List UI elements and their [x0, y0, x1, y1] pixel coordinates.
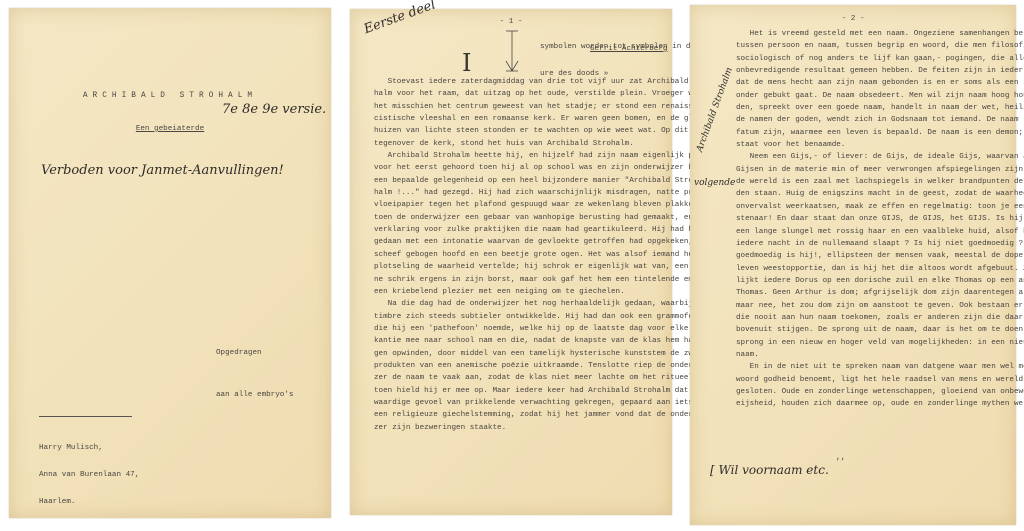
text-line: En in de niet uit te spreken naam van da…: [736, 361, 1016, 373]
text-line: gedaan met een intonatie waarvan de gevl…: [374, 236, 664, 248]
ink-mark: ,,: [836, 453, 846, 462]
handwritten-forbidden-note: Verboden voor Janmet-Aanvullingen!: [41, 163, 284, 178]
text-line: verklaring voor zulke praktijken die naa…: [374, 224, 664, 236]
text-line: sprong in een nieuw en hoger veld van mo…: [736, 337, 1016, 349]
text-line: toen hield hij er mee op. Maar iedere ke…: [374, 385, 664, 397]
text-line: stenaar! En daar staat dan onze GIJS, de…: [736, 213, 1016, 225]
text-line: timbre zich steeds subtieler ontwikkelde…: [374, 311, 664, 323]
page-number: - 2 -: [690, 15, 1016, 23]
text-line: tussen persoon en naam, tussen begrip en…: [736, 40, 1016, 52]
text-line: scheef gebogen hoofd en een beetje grote…: [374, 249, 664, 261]
text-line: eijsheid, houden zich daarmee op, oude e…: [736, 398, 1016, 410]
text-line: woord godheid benoemt, ligt het hele raa…: [736, 374, 1016, 386]
address-line: Anna van Burenlaan 47,: [39, 471, 139, 480]
handwritten-footer-note: [ Wil voornaam etc.: [710, 463, 829, 477]
text-line: huizen van lichte steen stonden er te wa…: [374, 125, 664, 137]
text-line: den, spreekt over een goede naam, handel…: [736, 102, 1016, 114]
text-line: tegenover de kerk, stond het huis van Ar…: [374, 138, 664, 150]
text-line: sociologisch of nog anders te lijf kan g…: [736, 53, 1016, 65]
author-address: Harry Mulisch, Anna van Burenlaan 47, Ha…: [39, 426, 139, 525]
text-line: de namen der goden, wendt zich in Godsna…: [736, 114, 1016, 126]
address-line: Haarlem.: [39, 498, 139, 507]
text-line: Na die dag had de onderwijzer het nog he…: [374, 298, 664, 310]
text-line: bovenuit stijgen. De sprong uit de naam,…: [736, 324, 1016, 336]
text-line: Stoevast iedere zaterdagmiddag van drie …: [374, 76, 664, 88]
text-line: halm voor het raam, dat uitzag op het ou…: [374, 88, 664, 100]
page-body: Het is vreemd gesteld met een naam. Onge…: [736, 28, 1016, 411]
text-line: die nooit aan hun naam toekomen, zoals e…: [736, 312, 1016, 324]
text-line: voor het eerst gehoord toen hij al op sc…: [374, 162, 664, 174]
text-line: toen de onderwijzer een gebaar van wanho…: [374, 212, 664, 224]
title-page: ARCHIBALD STROHALM 7e 8e 9e versie. Een …: [9, 8, 331, 518]
text-line: zer zijn bezweringen staakte.: [374, 422, 664, 434]
handwritten-margin-note: Archibald Strohalm: [695, 66, 735, 153]
text-line: een kriebelend plezier met een neiging o…: [374, 286, 664, 298]
text-line: fatum zijn, waarmee een leven is bepaald…: [736, 127, 1016, 139]
motto-author: Gerrit Achterberg: [590, 45, 667, 53]
text-line: Het is vreemd gesteld met een naam. Onge…: [736, 28, 1016, 40]
subtitle: Een gebeiaterde: [9, 125, 331, 133]
text-line: een religieuze giechelstemming, zodat hi…: [374, 409, 664, 421]
text-line: naam.: [736, 349, 1016, 361]
dedication: Opgedragen aan alle embryo's: [216, 318, 293, 430]
text-line: waardige gevoel van prikkelende verwacht…: [374, 397, 664, 409]
divider: [39, 416, 132, 417]
text-line: een lange slungel met rossig haar en een…: [736, 226, 1016, 238]
text-line: produkten van een anemische poëzie uitkr…: [374, 360, 664, 372]
handwritten-margin-note-2: volgende: [694, 178, 735, 188]
text-line: halm !..." had gezegd. Hij had zich waar…: [374, 187, 664, 199]
down-arrow-icon: [502, 29, 522, 73]
text-line: Thomas. Geen Arthur is dom; afgrijselijk…: [736, 287, 1016, 299]
text-line: dat de mens hecht aan zijn naam gebonden…: [736, 77, 1016, 89]
text-line: zer de naam te vaak aan, zodat de klas n…: [374, 372, 664, 384]
text-line: cistische vleeshal en een romaanse kerk.…: [374, 113, 664, 125]
text-line: gesloten. Oude en zonderlinge wetenschap…: [736, 386, 1016, 398]
dedication-line: Opgedragen: [216, 346, 293, 360]
text-line: gen opwinden, door middel van een tameli…: [374, 348, 664, 360]
text-line: maar nee, het zou dom zijn om aanstoot t…: [736, 300, 1016, 312]
address-line: Harry Mulisch,: [39, 444, 139, 453]
dedication-line: aan alle embryo's: [216, 388, 293, 402]
text-line: Gijsen in de materie min of meer verwron…: [736, 164, 1016, 176]
text-line: den staan. Huig de enigszins macht in de…: [736, 188, 1016, 200]
text-line: Neem een Gijs,- of liever: de Gijs, de i…: [736, 151, 1016, 163]
text-line: de wereld is een zaal met lachspiegels i…: [736, 176, 1016, 188]
text-line: goedmoedig is hij!, ellipsteen der mense…: [736, 250, 1016, 262]
page-body: Stoevast iedere zaterdagmiddag van drie …: [374, 76, 664, 434]
text-line: kantie mee naar school nam en die, nadat…: [374, 335, 664, 347]
handwritten-version-note: 7e 8e 9e versie.: [222, 102, 326, 117]
text-line: plotseling de waarheid vertelde; hij sch…: [374, 261, 664, 273]
text-line: iedere nacht in de nullemaand slaapt ? I…: [736, 238, 1016, 250]
text-line: leven weestopportie, dan is hij het die …: [736, 263, 1016, 275]
text-line: onbevredigende resultaat gemeen hebben. …: [736, 65, 1016, 77]
author-name: ARCHIBALD STROHALM: [9, 92, 331, 100]
text-line: staat voor het benaamde.: [736, 139, 1016, 151]
text-line: onder gebukt gaat. De naam obsedeert. Me…: [736, 90, 1016, 102]
chapter-numeral: I: [462, 49, 471, 77]
manuscript-page-2: - 2 - Archibald Strohalm volgende Het is…: [690, 5, 1016, 525]
text-line: onvervalst weerkaatsen, maak ze effen en…: [736, 201, 1016, 213]
manuscript-page-1: - 1 - Eerste deel I symbolen worden tot …: [350, 9, 672, 515]
text-line: vloeipapier tegen het plafond gespuugd w…: [374, 199, 664, 211]
text-line: het misschien het centrum geweest van he…: [374, 101, 664, 113]
text-line: een bepaalde gelegenheid op een heel bij…: [374, 175, 664, 187]
text-line: ne schrik ergens in zijn borst, maar ook…: [374, 274, 664, 286]
text-line: die hij een 'pathefoon' noemde, welke hi…: [374, 323, 664, 335]
text-line: Archibald Strohalm heette hij, en hijzel…: [374, 150, 664, 162]
text-line: lijkt iedere Dorus op een dorische zuil …: [736, 275, 1016, 287]
